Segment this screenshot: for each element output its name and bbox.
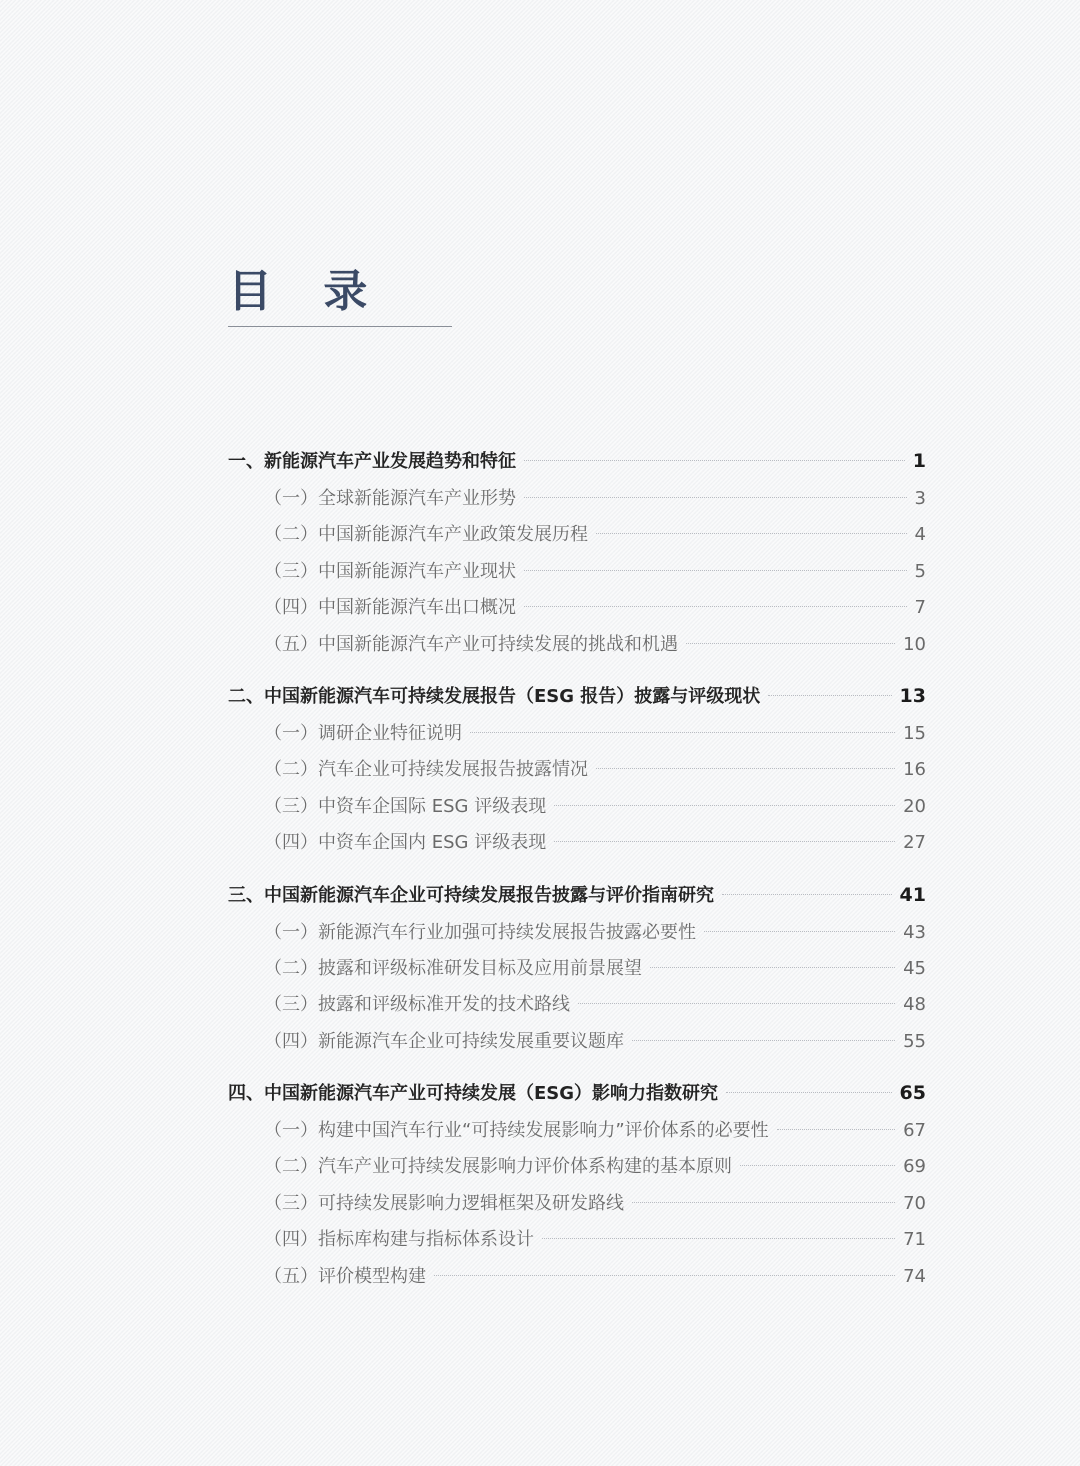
toc-chapter-title: 三、中国新能源汽车企业可持续发展报告披露与评价指南研究 [228,880,714,912]
toc-page-number: 67 [903,1113,926,1149]
toc-section-title: （四）新能源汽车企业可持续发展重要议题库 [264,1024,624,1060]
toc-page-number: 20 [903,789,926,825]
toc-section-title: （三）中资车企国际 ESG 评级表现 [264,789,546,825]
dotted-leader [470,732,895,733]
dotted-leader [722,894,892,895]
toc-chapter-title: 四、中国新能源汽车产业可持续发展（ESG）影响力指数研究 [228,1078,718,1110]
toc-page-number: 1 [913,445,926,477]
dotted-leader [768,695,891,696]
dotted-leader [632,1040,895,1041]
toc-section-entry[interactable]: （三）中国新能源汽车产业现状 5 [228,554,926,590]
toc-page-number: 71 [903,1222,926,1258]
page-title: 目 录 [228,268,452,316]
toc-page-number: 3 [915,481,926,517]
toc-page-number: 4 [915,517,926,553]
toc-section-title: （四）中国新能源汽车出口概况 [264,590,516,626]
dotted-leader [542,1238,895,1239]
dotted-leader [686,643,895,644]
toc-section-entry[interactable]: （一）新能源汽车行业加强可持续发展报告披露必要性 43 [228,915,926,951]
toc-chapter-title: 二、中国新能源汽车可持续发展报告（ESG 报告）披露与评级现状 [228,681,760,713]
toc-section-title: （一）调研企业特征说明 [264,716,462,752]
toc-page-number: 7 [915,590,926,626]
dotted-leader [726,1092,892,1093]
toc-page-number: 43 [903,915,926,951]
toc-section-entry[interactable]: （三）中资车企国际 ESG 评级表现 20 [228,789,926,825]
toc-section-title: （三）中国新能源汽车产业现状 [264,554,516,590]
toc-section-entry[interactable]: （二）汽车产业可持续发展影响力评价体系构建的基本原则 69 [228,1149,926,1185]
dotted-leader [740,1165,895,1166]
toc-chapter-entry[interactable]: 三、中国新能源汽车企业可持续发展报告披露与评价指南研究 41 [228,879,926,911]
toc-page-number: 5 [915,554,926,590]
toc-chapter-group-2: 二、中国新能源汽车可持续发展报告（ESG 报告）披露与评级现状 13 （一）调研… [228,680,926,862]
toc-section-entry[interactable]: （一）调研企业特征说明 15 [228,716,926,752]
toc-section-title: （一）构建中国汽车行业“可持续发展影响力”评价体系的必要性 [264,1113,769,1149]
toc-page-number: 27 [903,825,926,861]
toc-chapter-entry[interactable]: 四、中国新能源汽车产业可持续发展（ESG）影响力指数研究 65 [228,1077,926,1109]
toc-section-entry[interactable]: （一）构建中国汽车行业“可持续发展影响力”评价体系的必要性 67 [228,1113,926,1149]
toc-page-number: 13 [900,680,926,712]
toc-chapter-group-4: 四、中国新能源汽车产业可持续发展（ESG）影响力指数研究 65 （一）构建中国汽… [228,1077,926,1295]
toc-section-title: （四）中资车企国内 ESG 评级表现 [264,825,546,861]
toc-section-entry[interactable]: （五）评价模型构建 74 [228,1259,926,1295]
toc-section-entry[interactable]: （四）指标库构建与指标体系设计 71 [228,1222,926,1258]
toc-section-entry[interactable]: （四）中资车企国内 ESG 评级表现 27 [228,825,926,861]
dotted-leader [524,606,907,607]
dotted-leader [650,967,895,968]
toc-chapter-entry[interactable]: 二、中国新能源汽车可持续发展报告（ESG 报告）披露与评级现状 13 [228,680,926,712]
toc-section-title: （一）新能源汽车行业加强可持续发展报告披露必要性 [264,915,696,951]
dotted-leader [524,460,905,461]
toc-section-title: （五）中国新能源汽车产业可持续发展的挑战和机遇 [264,627,678,663]
dotted-leader [632,1202,895,1203]
toc-page-number: 74 [903,1259,926,1295]
dotted-leader [554,841,895,842]
dotted-leader [777,1129,895,1130]
toc-section-title: （四）指标库构建与指标体系设计 [264,1222,534,1258]
toc-section-title: （二）汽车企业可持续发展报告披露情况 [264,752,588,788]
dotted-leader [704,931,895,932]
toc-section-entry[interactable]: （二）汽车企业可持续发展报告披露情况 16 [228,752,926,788]
dotted-leader [524,497,907,498]
toc-page-number: 10 [903,627,926,663]
title-block: 目 录 [228,268,452,327]
dotted-leader [554,805,895,806]
toc-section-entry[interactable]: （二）中国新能源汽车产业政策发展历程 4 [228,517,926,553]
toc-section-title: （二）披露和评级标准研发目标及应用前景展望 [264,951,642,987]
dotted-leader [596,768,895,769]
toc-chapter-entry[interactable]: 一、新能源汽车产业发展趋势和特征 1 [228,445,926,477]
toc-section-title: （五）评价模型构建 [264,1259,426,1295]
toc-section-title: （三）披露和评级标准开发的技术路线 [264,987,570,1023]
document-page: 目 录 一、新能源汽车产业发展趋势和特征 1 （一）全球新能源汽车产业形势 3 … [0,0,1080,1466]
table-of-contents: 一、新能源汽车产业发展趋势和特征 1 （一）全球新能源汽车产业形势 3 （二）中… [228,445,926,1312]
dotted-leader [596,533,907,534]
toc-chapter-group-3: 三、中国新能源汽车企业可持续发展报告披露与评价指南研究 41 （一）新能源汽车行… [228,879,926,1061]
toc-section-entry[interactable]: （四）新能源汽车企业可持续发展重要议题库 55 [228,1024,926,1060]
toc-section-entry[interactable]: （五）中国新能源汽车产业可持续发展的挑战和机遇 10 [228,627,926,663]
toc-page-number: 55 [903,1024,926,1060]
toc-page-number: 70 [903,1186,926,1222]
dotted-leader [524,570,907,571]
toc-page-number: 16 [903,752,926,788]
toc-section-title: （三）可持续发展影响力逻辑框架及研发路线 [264,1186,624,1222]
toc-chapter-group-1: 一、新能源汽车产业发展趋势和特征 1 （一）全球新能源汽车产业形势 3 （二）中… [228,445,926,663]
toc-page-number: 69 [903,1149,926,1185]
dotted-leader [434,1275,895,1276]
toc-page-number: 41 [900,879,926,911]
toc-section-entry[interactable]: （一）全球新能源汽车产业形势 3 [228,481,926,517]
toc-section-title: （一）全球新能源汽车产业形势 [264,481,516,517]
title-divider [228,326,452,327]
toc-section-title: （二）中国新能源汽车产业政策发展历程 [264,517,588,553]
toc-section-entry[interactable]: （四）中国新能源汽车出口概况 7 [228,590,926,626]
dotted-leader [578,1003,895,1004]
toc-section-entry[interactable]: （三）可持续发展影响力逻辑框架及研发路线 70 [228,1186,926,1222]
toc-page-number: 65 [900,1077,926,1109]
toc-page-number: 45 [903,951,926,987]
toc-page-number: 48 [903,987,926,1023]
toc-page-number: 15 [903,716,926,752]
toc-section-title: （二）汽车产业可持续发展影响力评价体系构建的基本原则 [264,1149,732,1185]
toc-section-entry[interactable]: （三）披露和评级标准开发的技术路线 48 [228,987,926,1023]
toc-section-entry[interactable]: （二）披露和评级标准研发目标及应用前景展望 45 [228,951,926,987]
toc-chapter-title: 一、新能源汽车产业发展趋势和特征 [228,446,516,478]
